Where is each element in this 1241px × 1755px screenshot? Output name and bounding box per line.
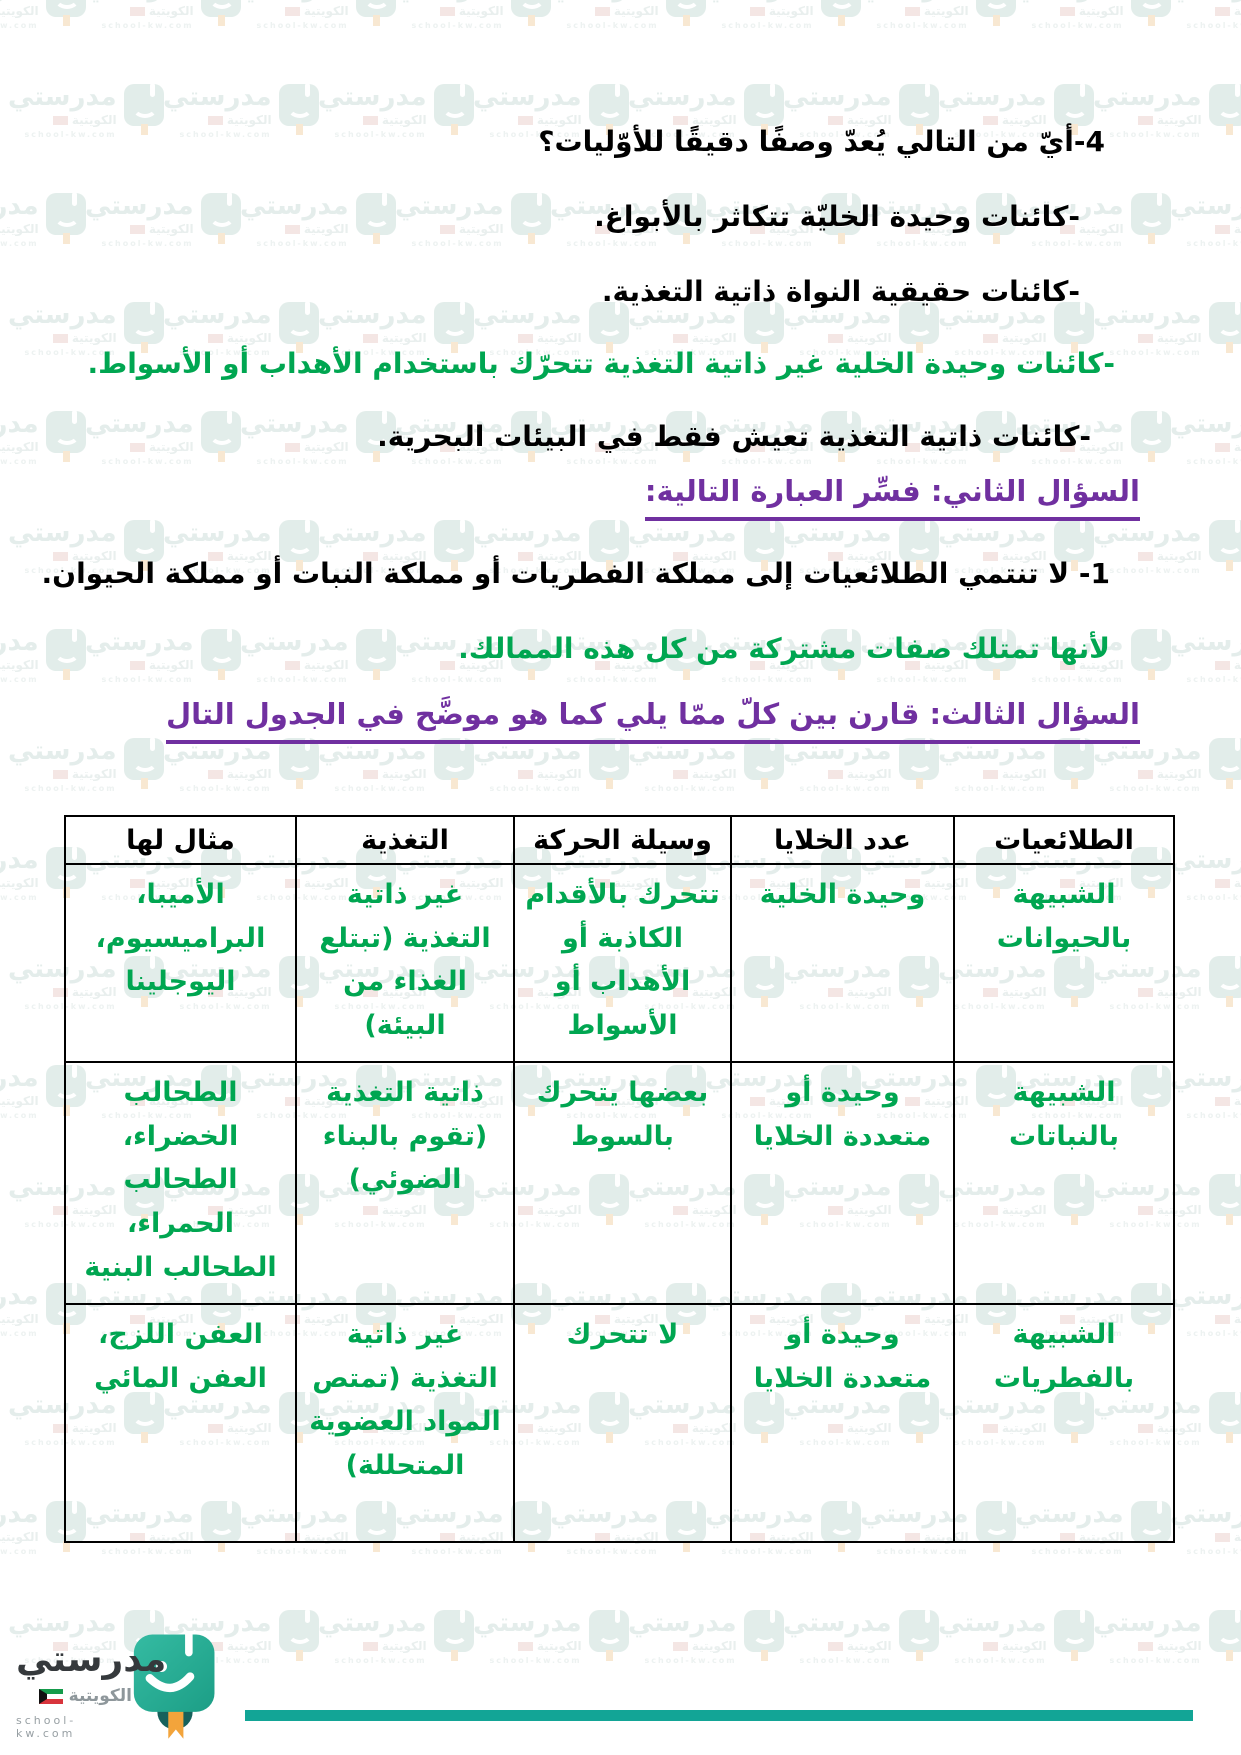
table-cell: الشبيهة بالفطريات: [954, 1304, 1174, 1542]
comparison-table-head: الطلائعياتعدد الخلاياوسيلة الحركةالتغذية…: [65, 816, 1174, 864]
table-header-cell: وسيلة الحركة: [514, 816, 731, 864]
question2-heading: السؤال الثاني: فسِّر العبارة التالية:: [645, 474, 1140, 508]
table-row: الشبيهة بالفطرياتوحيدة أو متعددة الخلايا…: [65, 1304, 1174, 1542]
question3-heading-text: السؤال الثالث: قارن بين كلّ ممّا يلي كما…: [166, 697, 1140, 744]
question4-option-1: -كائنات وحيدة الخليّة تتكاثر بالأبواغ.: [594, 198, 1080, 236]
table-cell: الأميبا، البراميسيوم، اليوجلينا: [65, 864, 296, 1062]
question2-heading-text: السؤال الثاني: فسِّر العبارة التالية:: [645, 474, 1140, 521]
question4-option-4: -كائنات ذاتية التغذية تعيش فقط في البيئا…: [377, 418, 1091, 456]
table-cell: غير ذاتية التغذية (تمتص المواد العضوية ا…: [296, 1304, 514, 1542]
table-row: الشبيهة بالحيواناتوحيدة الخليةتتحرك بالأ…: [65, 864, 1174, 1062]
table-header-row: الطلائعياتعدد الخلاياوسيلة الحركةالتغذية…: [65, 816, 1174, 864]
question3-heading: السؤال الثالث: قارن بين كلّ ممّا يلي كما…: [166, 697, 1140, 731]
table-row: الشبيهة بالنباتاتوحيدة أو متعددة الخلايا…: [65, 1062, 1174, 1304]
table-cell: بعضها يتحرك بالسوط: [514, 1062, 731, 1304]
comparison-table-body: الشبيهة بالحيواناتوحيدة الخليةتتحرك بالأ…: [65, 864, 1174, 1542]
table-header-cell: التغذية: [296, 816, 514, 864]
table-header-cell: مثال لها: [65, 816, 296, 864]
table-header-cell: الطلائعيات: [954, 816, 1174, 864]
table-cell: الشبيهة بالنباتات: [954, 1062, 1174, 1304]
question4-option-3-correct-answer: -كائنات وحيدة الخلية غير ذاتية التغذية ت…: [87, 345, 1115, 383]
table-cell: وحيدة أو متعددة الخلايا: [731, 1062, 954, 1304]
question4-option-2: -كائنات حقيقية النواة ذاتية التغذية.: [602, 273, 1080, 311]
table-cell: العفن اللزج، العفن المائي: [65, 1304, 296, 1542]
table-cell: الشبيهة بالحيوانات: [954, 864, 1174, 1062]
table-cell: الطحالب الخضراء، الطحالب الحمراء، الطحال…: [65, 1062, 296, 1304]
worksheet-content: 4-أيّ من التالي يُعدّ وصفًا دقيقًا للأوّ…: [0, 0, 1241, 1755]
table-cell: وحيدة الخلية: [731, 864, 954, 1062]
table-cell: وحيدة أو متعددة الخلايا: [731, 1304, 954, 1542]
table-header-cell: عدد الخلايا: [731, 816, 954, 864]
question2-statement: 1- لا تنتمي الطلائعيات إلى مملكة الفطريا…: [42, 555, 1110, 593]
comparison-table: الطلائعياتعدد الخلاياوسيلة الحركةالتغذية…: [64, 815, 1175, 1543]
question2-answer: لأنها تمتلك صفات مشتركة من كل هذه الممال…: [458, 630, 1110, 668]
table-cell: ذاتية التغذية (تقوم بالبناء الضوئي): [296, 1062, 514, 1304]
worksheet-page: مدرستيالكويتيةschool-kw.comمدرستيالكويتي…: [0, 0, 1241, 1755]
table-cell: تتحرك بالأقدام الكاذبة أو الأهداب أو الأ…: [514, 864, 731, 1062]
table-cell: غير ذاتية التغذية (تبتلع الغذاء من البيئ…: [296, 864, 514, 1062]
table-cell: لا تتحرك: [514, 1304, 731, 1542]
question4-title: 4-أيّ من التالي يُعدّ وصفًا دقيقًا للأوّ…: [538, 123, 1105, 161]
